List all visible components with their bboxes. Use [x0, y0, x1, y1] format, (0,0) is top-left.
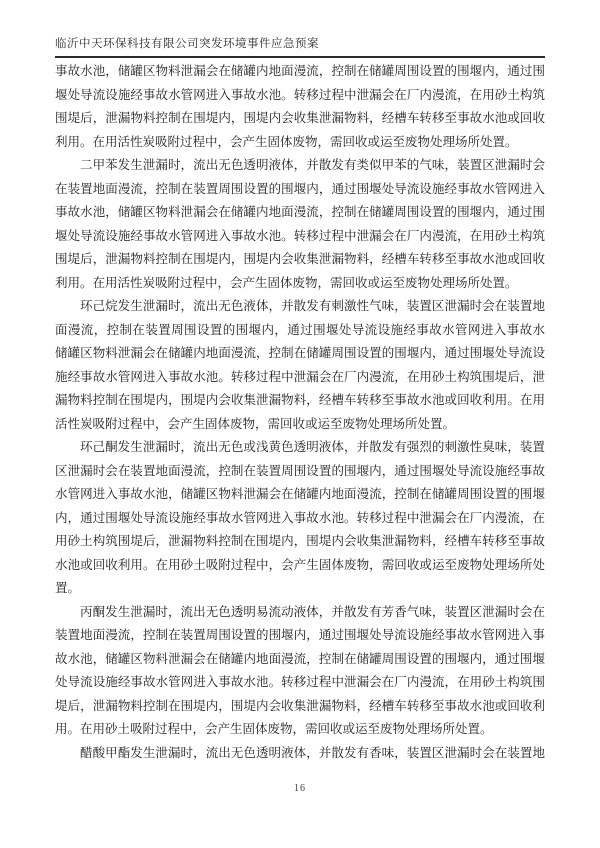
body-line: 环己酮发生泄漏时，流出无色或浅黄色透明液体，并散发有强烈的刺激性臭味，装置 [55, 436, 545, 460]
body-line: 堤后，泄漏物料控制在围堤内，围堤内会收集泄漏物料，经槽车转移至事故水池或回收利 [55, 695, 545, 719]
body-line: 装置地面漫流，控制在装置周围设置的围堰内，通过围堰处导流设施经事故水管网进入事 [55, 624, 545, 648]
body-line: 施经事故水管网进入事故水池。转移过程中泄漏会在厂内漫流，在用砂土构筑围堤后，泄 [55, 366, 545, 390]
body-line: 故水池，储罐区物料泄漏会在储罐内地面漫流，控制在储罐周围设置的围堰内，通过围堰 [55, 648, 545, 672]
body-line: 丙酮发生泄漏时，流出无色透明易流动液体，并散发有芳香气味，装置区泄漏时会在 [55, 601, 545, 625]
body-line: 事故水池，储罐区物料泄漏会在储罐内地面漫流，控制在储罐周围设置的围堰内，通过围 [55, 201, 545, 225]
body-line: 区泄漏时会在装置地面漫流，控制在装置周围设置的围堰内，通过围堰处导流设施经事故 [55, 460, 545, 484]
body-line: 储罐区物料泄漏会在储罐内地面漫流，控制在储罐周围设置的围堰内，通过围堰处导流设 [55, 342, 545, 366]
body-line: 围堤后，泄漏物料控制在围堤内，围堤内会收集泄漏物料，经槽车转移至事故水池或回收 [55, 107, 545, 131]
body-line: 用砂土构筑围堤后，泄漏物料控制在围堤内，围堤内会收集泄漏物料，经槽车转移至事故 [55, 530, 545, 554]
paragraph-cyclohexane: 环己烷发生泄漏时，流出无色液体，并散发有刺激性气味，装置区泄漏时会在装置地 面漫… [55, 295, 545, 436]
body-line: 醋酸甲酯发生泄漏时，流出无色透明液体，并散发有香味，装置区泄漏时会在装置地 [55, 742, 545, 766]
paragraph-xylene: 二甲苯发生泄漏时，流出无色透明液体，并散发有类似甲苯的气味，装置区泄漏时会 在装… [55, 154, 545, 295]
body-line: 内，通过围堰处导流设施经事故水管网进入事故水池。转移过程中泄漏会在厂内漫流，在 [55, 507, 545, 531]
body-line: 处导流设施经事故水管网进入事故水池。转移过程中泄漏会在厂内漫流，在用砂土构筑围 [55, 671, 545, 695]
body-line: 水管网进入事故水池，储罐区物料泄漏会在储罐内地面漫流，控制在储罐周围设置的围堰 [55, 483, 545, 507]
body-line: 在装置地面漫流，控制在装置周围设置的围堰内，通过围堰处导流设施经事故水管网进入 [55, 178, 545, 202]
paragraph-methyl-acetate: 醋酸甲酯发生泄漏时，流出无色透明液体，并散发有香味，装置区泄漏时会在装置地 [55, 742, 545, 766]
body-line: 利用。在用活性炭吸附过程中，会产生固体废物，需回收或运至废物处理场所处置。 [55, 131, 545, 155]
body-line: 漏物料控制在围堤内，围堤内会收集泄漏物料，经槽车转移至事故水池或回收利用。在用 [55, 389, 545, 413]
paragraph-acetone: 丙酮发生泄漏时，流出无色透明易流动液体，并散发有芳香气味，装置区泄漏时会在 装置… [55, 601, 545, 742]
body-line: 堰处导流设施经事故水管网进入事故水池。转移过程中泄漏会在厂内漫流，在用砂土构筑 [55, 225, 545, 249]
body-line: 利用。在用活性炭吸附过程中，会产生固体废物，需回收或运至废物处理场所处置。 [55, 272, 545, 296]
body-line: 围堤后，泄漏物料控制在围堤内，围堤内会收集泄漏物料，经槽车转移至事故水池或回收 [55, 248, 545, 272]
page-number: 16 [294, 783, 306, 794]
header-title: 临沂中天环保科技有限公司突发环境事件应急预案 [55, 38, 319, 50]
body-line: 堰处导流设施经事故水管网进入事故水池。转移过程中泄漏会在厂内漫流，在用砂土构筑 [55, 84, 545, 108]
page-header: 临沂中天环保科技有限公司突发环境事件应急预案 [55, 37, 545, 58]
body-line: 二甲苯发生泄漏时，流出无色透明液体，并散发有类似甲苯的气味，装置区泄漏时会 [55, 154, 545, 178]
body-line: 事故水池，储罐区物料泄漏会在储罐内地面漫流，控制在储罐周围设置的围堰内，通过围 [55, 60, 545, 84]
body-line: 置。 [55, 577, 545, 601]
paragraph-cyclohexanone: 环己酮发生泄漏时，流出无色或浅黄色透明液体，并散发有强烈的刺激性臭味，装置 区泄… [55, 436, 545, 601]
body-line: 环己烷发生泄漏时，流出无色液体，并散发有刺激性气味，装置区泄漏时会在装置地 [55, 295, 545, 319]
body-line: 面漫流，控制在装置周围设置的围堰内，通过围堰处导流设施经事故水管网进入事故水池， [55, 319, 545, 343]
body-line: 水池或回收利用。在用砂土吸附过程中，会产生固体废物，需回收或运至废物处理场所处 [55, 554, 545, 578]
document-page: 临沂中天环保科技有限公司突发环境事件应急预案 事故水池，储罐区物料泄漏会在储罐内… [0, 0, 600, 848]
body-line: 用。在用砂土吸附过程中，会产生固体废物，需回收或运至废物处理场所处置。 [55, 718, 545, 742]
document-body: 事故水池，储罐区物料泄漏会在储罐内地面漫流，控制在储罐周围设置的围堰内，通过围 … [55, 60, 545, 765]
page-footer: 16 [0, 783, 600, 794]
paragraph-continuation: 事故水池，储罐区物料泄漏会在储罐内地面漫流，控制在储罐周围设置的围堰内，通过围 … [55, 60, 545, 154]
body-line: 活性炭吸附过程中，会产生固体废物，需回收或运至废物处理场所处置。 [55, 413, 545, 437]
